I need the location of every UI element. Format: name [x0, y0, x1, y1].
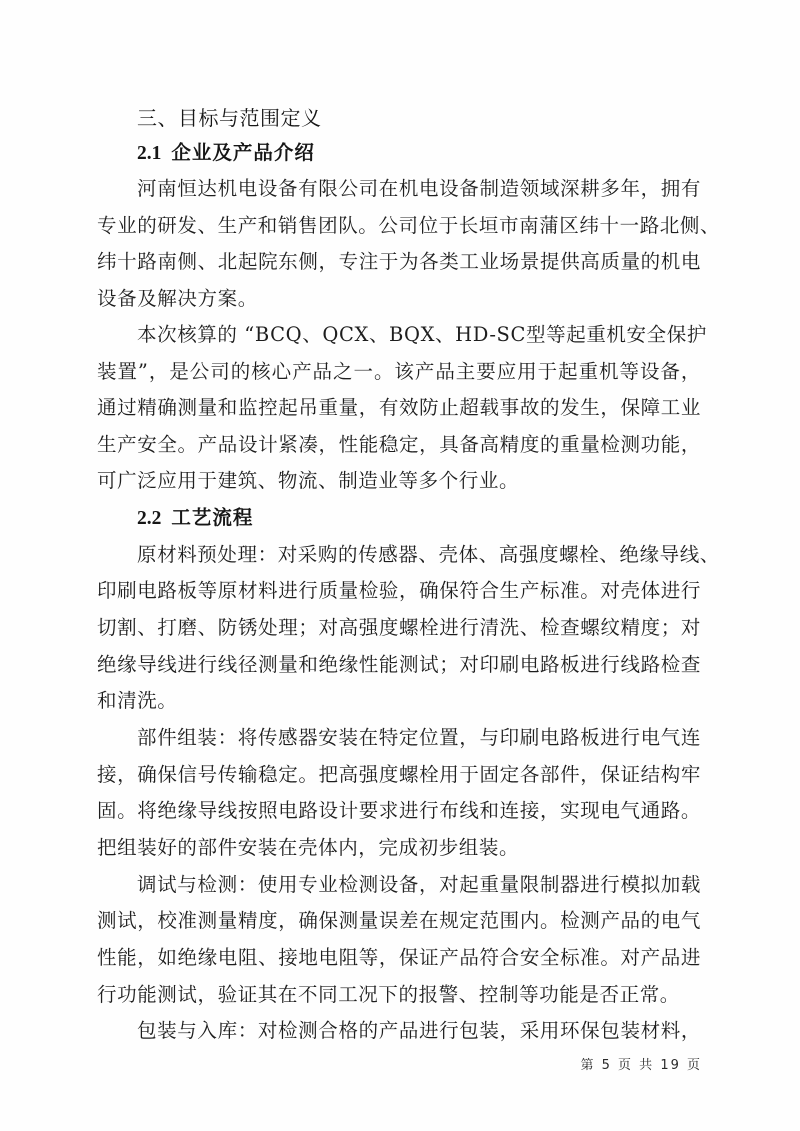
paragraph-line: 固。将绝缘导线按照电路设计要求进行布线和连接，实现电气通路。: [97, 796, 701, 826]
subsection-number: 2.1: [137, 143, 161, 164]
subsection-title: 企业及产品介绍: [171, 141, 315, 164]
paragraph-line: 设备及解决方案。: [97, 284, 701, 314]
subsection-heading-2-1: 2.1企业及产品介绍: [137, 138, 315, 169]
paragraph-line: 部件组装：将传感器安装在特定位置，与印刷电路板进行电气连: [137, 723, 701, 753]
paragraph-line: 本次核算的 “BCQ、QCX、BQX、HD-SC型等起重机安全保护: [137, 320, 701, 350]
paragraph-line: 河南恒达机电设备有限公司在机电设备制造领域深耕多年，拥有: [137, 174, 701, 204]
paragraph-line: 把组装好的部件安装在壳体内，完成初步组装。: [97, 833, 701, 863]
paragraph-line: 纬十路南侧、北起院东侧，专注于为各类工业场景提供高质量的机电: [97, 247, 701, 277]
paragraph-line: 测试，校准测量精度，确保测量误差在规定范围内。检测产品的电气: [97, 906, 701, 936]
paragraph-line: 包装与入库：对检测合格的产品进行包装，采用环保包装材料，: [137, 1016, 701, 1046]
paragraph-line: 绝缘导线进行线径测量和绝缘性能测试；对印刷电路板进行线路检查: [97, 650, 701, 680]
paragraph-line: 装置”，是公司的核心产品之一。该产品主要应用于起重机等设备，: [97, 357, 701, 387]
paragraph-line: 接，确保信号传输稳定。把高强度螺栓用于固定各部件，保证结构牢: [97, 760, 701, 790]
paragraph-line: 切割、打磨、防锈处理；对高强度螺栓进行清洗、检查螺纹精度；对: [97, 613, 701, 643]
paragraph-line: 原材料预处理：对采购的传感器、壳体、高强度螺栓、绝缘导线、: [137, 540, 701, 570]
subsection-heading-2-2: 2.2工艺流程: [137, 503, 253, 534]
paragraph-line: 生产安全。产品设计紧凑，性能稳定，具备高精度的重量检测功能，: [97, 430, 701, 460]
document-page: 三、目标与范围定义 2.1企业及产品介绍 河南恒达机电设备有限公司在机电设备制造…: [0, 0, 800, 1131]
subsection-title: 工艺流程: [171, 506, 253, 529]
paragraph-line: 和清洗。: [97, 686, 701, 716]
paragraph-line: 性能，如绝缘电阻、接地电阻等，保证产品符合安全标准。对产品进: [97, 943, 701, 973]
paragraph-line: 印刷电路板等原材料进行质量检验，确保符合生产标准。对壳体进行: [97, 576, 701, 606]
paragraph-line: 可广泛应用于建筑、物流、制造业等多个行业。: [97, 466, 701, 496]
paragraph-line: 行功能测试，验证其在不同工况下的报警、控制等功能是否正常。: [97, 980, 701, 1010]
subsection-number: 2.2: [137, 508, 161, 529]
section-heading: 三、目标与范围定义: [137, 103, 322, 133]
paragraph-line: 调试与检测：使用专业检测设备，对起重量限制器进行模拟加载: [137, 870, 701, 900]
page-number: 第 5 页 共 19 页: [581, 1056, 702, 1076]
paragraph-line: 专业的研发、生产和销售团队。公司位于长垣市南蒲区纬十一路北侧、: [97, 211, 701, 241]
paragraph-line: 通过精确测量和监控起吊重量，有效防止超载事故的发生，保障工业: [97, 393, 701, 423]
